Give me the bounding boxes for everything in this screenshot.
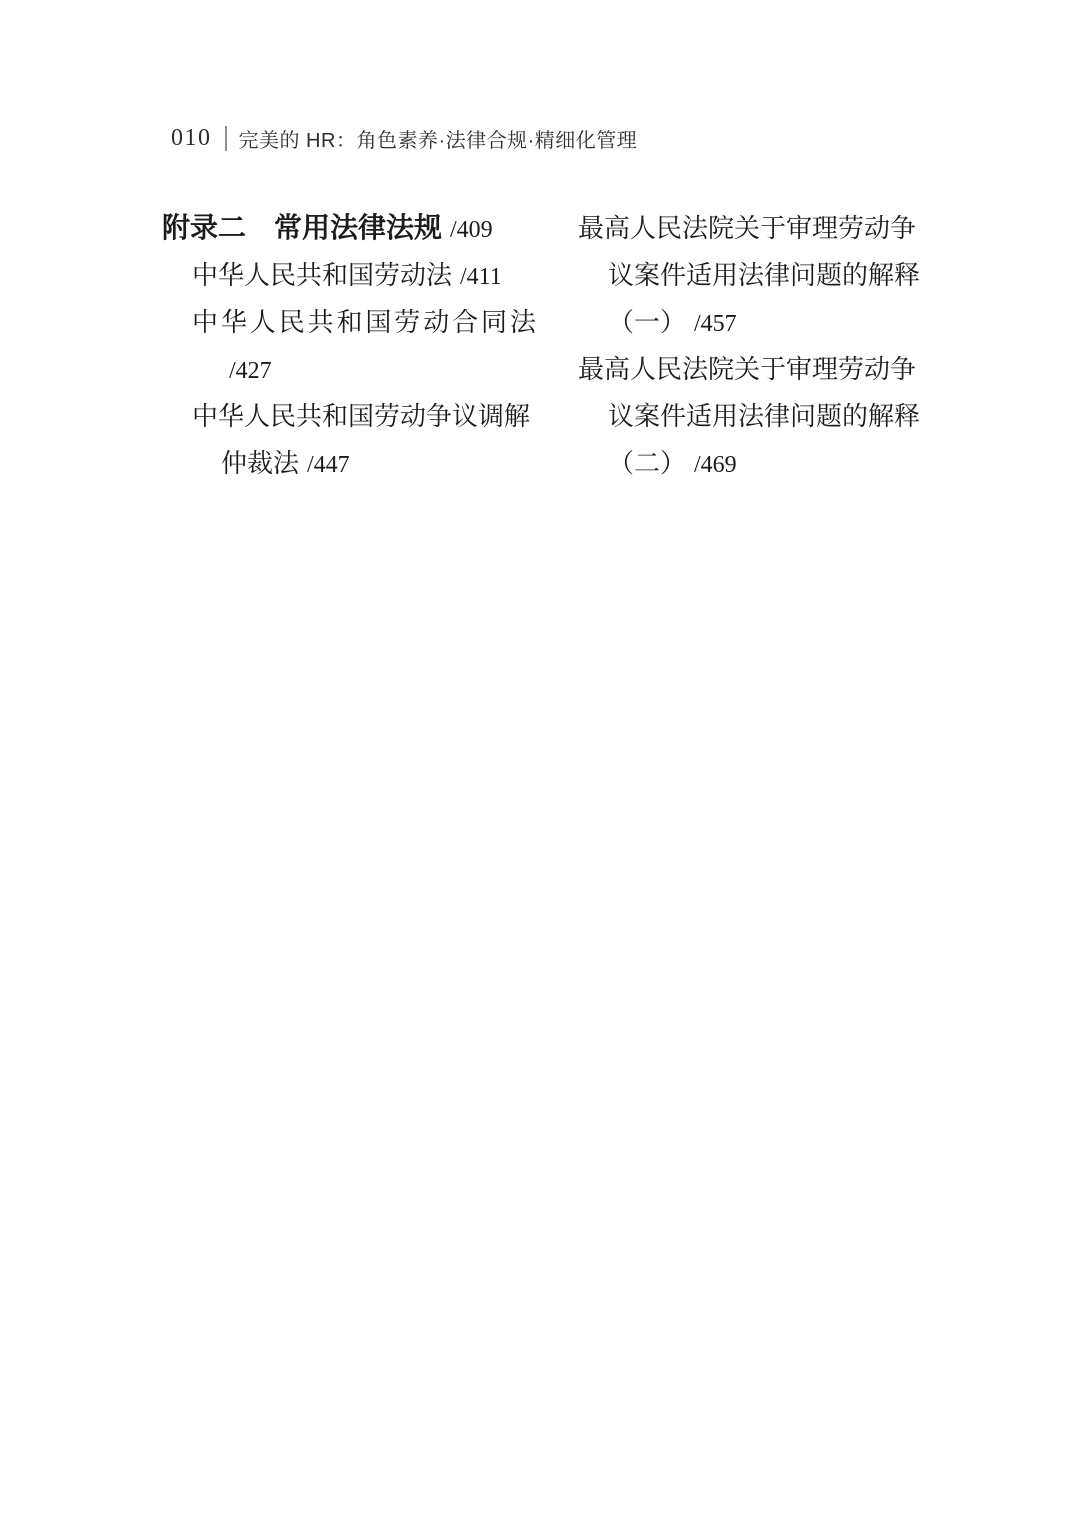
toc-entry-text: 最高人民法院关于审理劳动争	[578, 214, 916, 243]
book-title: 完美的 HR：角色素养·法律合规·精细化管理	[239, 124, 638, 153]
toc-line: /427	[162, 347, 567, 394]
toc-page-number: /447	[307, 452, 350, 478]
toc-line: 中华人民共和国劳动法/411	[162, 253, 567, 300]
toc-line: （二）/469	[578, 441, 953, 488]
toc-right-column: 最高人民法院关于审理劳动争 议案件适用法律问题的解释 （一）/457 最高人民法…	[578, 206, 953, 488]
toc-entry-text: 中华人民共和国劳动合同法	[192, 308, 539, 337]
toc-entry-text: （二）	[608, 449, 686, 478]
toc-page-number: /469	[694, 452, 737, 478]
toc-entry-text: 附录二 常用法律法规	[162, 213, 442, 244]
toc-entry-text: 中华人民共和国劳动法	[192, 261, 452, 290]
toc-entry-text: 议案件适用法律问题的解释	[608, 261, 920, 290]
toc-line: 中华人民共和国劳动合同法	[162, 300, 567, 347]
toc-entry-text: 最高人民法院关于审理劳动争	[578, 355, 916, 384]
toc-line: 仲裁法/447	[162, 441, 567, 488]
toc-entry-text: （一）	[608, 308, 686, 337]
toc-page-number: /409	[450, 217, 493, 243]
toc-page-number: /427	[229, 358, 272, 384]
toc-line: 中华人民共和国劳动争议调解	[162, 394, 567, 441]
toc-left-column: 附录二 常用法律法规/409 中华人民共和国劳动法/411 中华人民共和国劳动合…	[162, 206, 567, 488]
toc-entry-text: 议案件适用法律问题的解释	[608, 402, 920, 431]
toc-page-number: /457	[694, 311, 737, 337]
toc-line: （一）/457	[578, 300, 953, 347]
toc-line: 最高人民法院关于审理劳动争	[578, 206, 953, 253]
running-head: 010 完美的 HR：角色素养·法律合规·精细化管理	[171, 124, 637, 153]
toc-entry-text: 仲裁法	[221, 449, 299, 478]
toc-entry-text: 中华人民共和国劳动争议调解	[192, 402, 530, 431]
toc-page-number: /411	[460, 264, 502, 290]
header-divider	[225, 126, 227, 151]
book-page: 010 完美的 HR：角色素养·法律合规·精细化管理 附录二 常用法律法规/40…	[0, 0, 1080, 1525]
toc-line: 附录二 常用法律法规/409	[162, 206, 567, 253]
toc-line: 最高人民法院关于审理劳动争	[578, 347, 953, 394]
toc-line: 议案件适用法律问题的解释	[578, 253, 953, 300]
page-number: 010	[171, 125, 212, 152]
toc-line: 议案件适用法律问题的解释	[578, 394, 953, 441]
